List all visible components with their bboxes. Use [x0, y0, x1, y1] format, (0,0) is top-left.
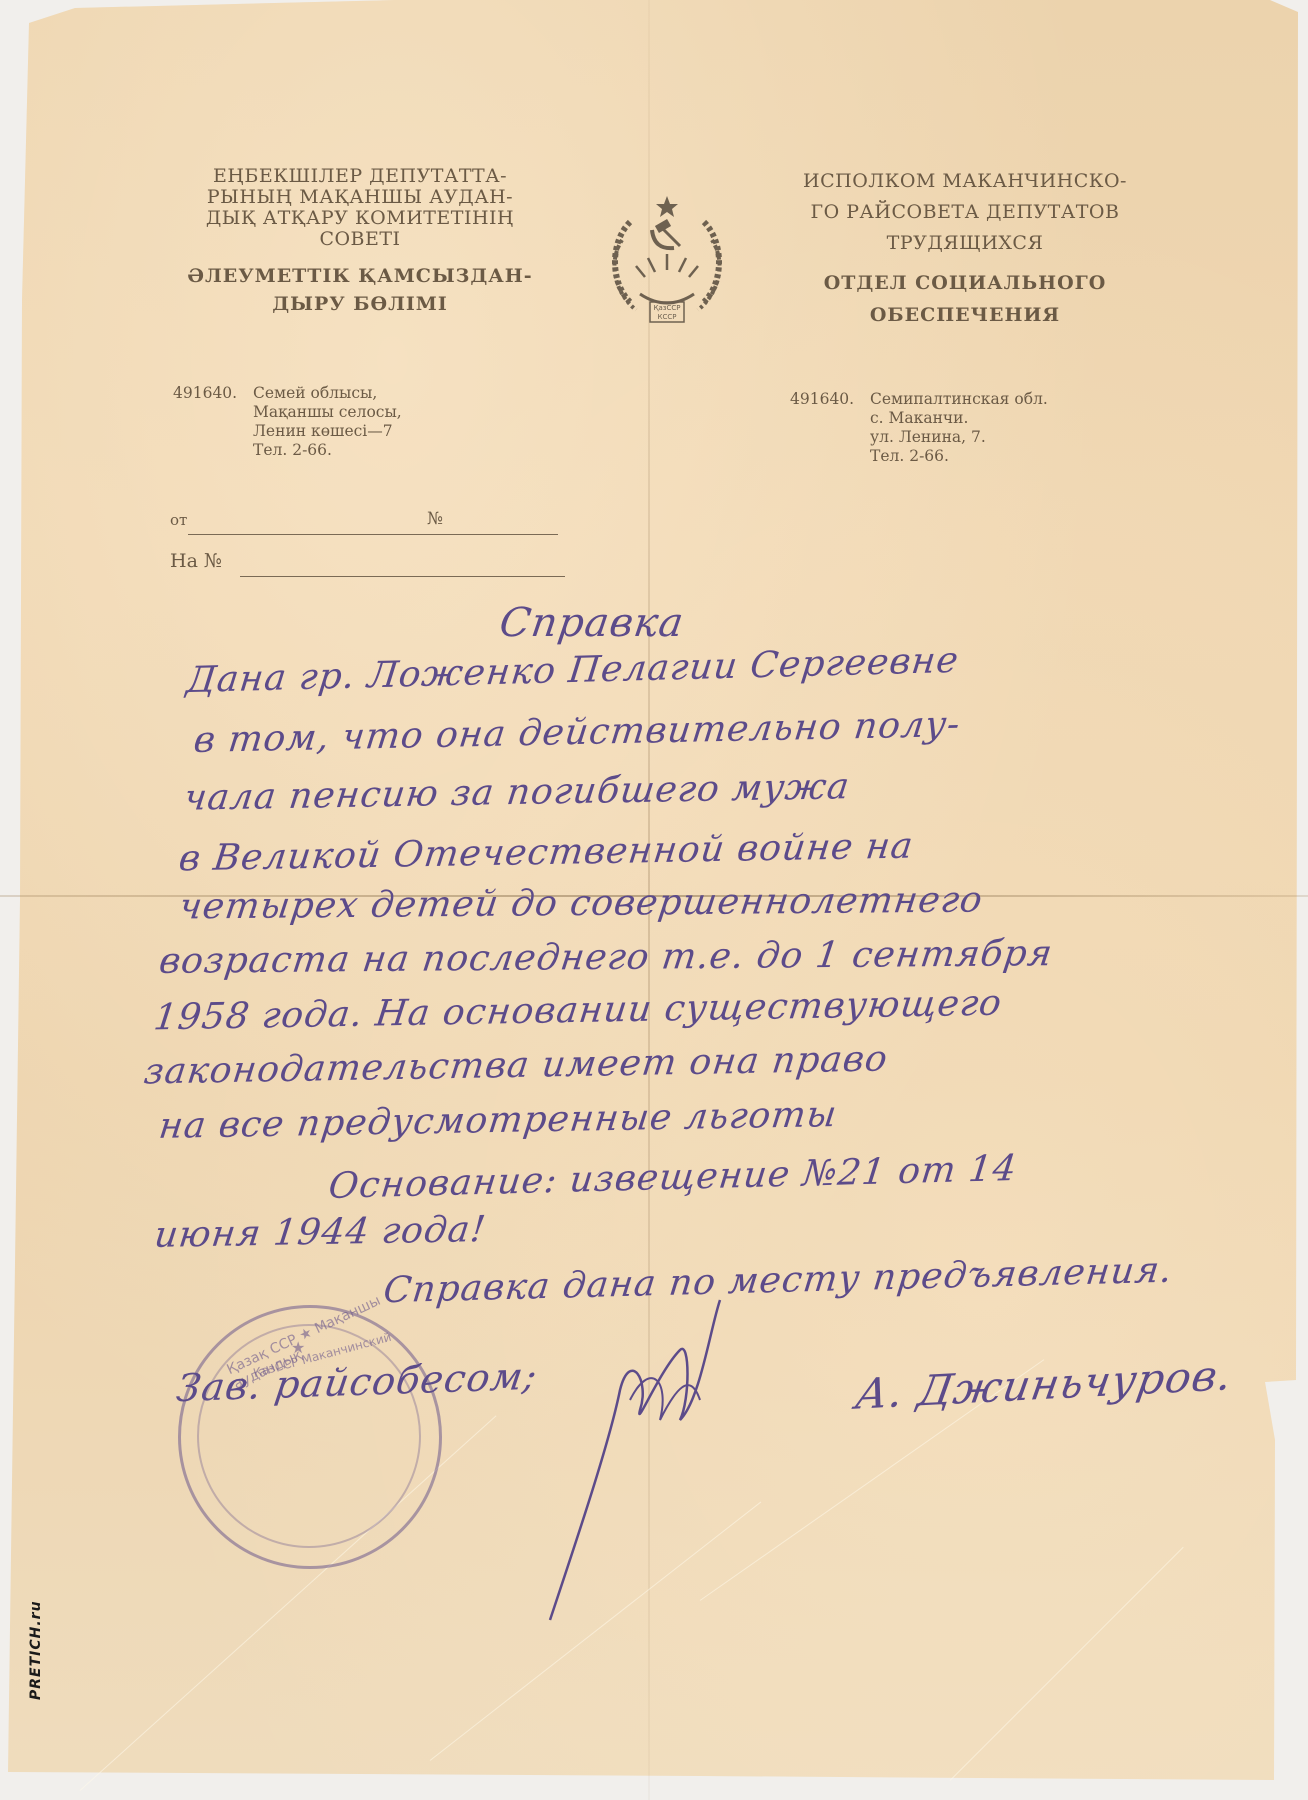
reply-number-label: На №: [170, 550, 222, 572]
address-line: Тел. 2-66.: [253, 441, 402, 460]
letterhead-right: ИСПОЛКОМ МАКАНЧИНСКО- ГО РАЙСОВЕТА ДЕПУТ…: [755, 166, 1175, 331]
letterhead-left: ЕҢБЕКШІЛЕР ДЕПУТАТТА- РЫНЫҢ МАҚАНШЫ АУДА…: [150, 166, 570, 318]
signature-scribble: [540, 1290, 760, 1630]
number-label: №: [427, 509, 443, 529]
address-russian: 491640. Семипалтинская обл. с. Маканчи. …: [790, 390, 1110, 470]
address-kazakh: 491640. Семей облысы, Мақаншы селосы, Ле…: [173, 384, 473, 464]
letterhead-right-line: ТРУДЯЩИХСЯ: [755, 228, 1175, 259]
address-line: Ленин көшесі—7: [253, 422, 402, 441]
postal-code: 491640.: [790, 390, 854, 409]
certificate-title: Справка: [497, 600, 687, 646]
letterhead-left-line: ДЫҚ АТҚАРУ КОМИТЕТІНІҢ: [150, 208, 570, 229]
from-label: от: [170, 511, 187, 529]
svg-text:ҚазССР: ҚазССР: [654, 304, 681, 312]
address-line: Тел. 2-66.: [870, 447, 1048, 466]
reply-field-line: [240, 576, 565, 577]
handwritten-line: четырех детей до совершеннолетнего: [177, 880, 986, 928]
handwritten-line: июня 1944 года!: [152, 1209, 488, 1256]
department-title-kazakh: ДЫРУ БӨЛІМІ: [150, 290, 570, 318]
letterhead-right-line: ИСПОЛКОМ МАКАНЧИНСКО-: [755, 166, 1175, 197]
department-title-russian: ОТДЕЛ СОЦИАЛЬНОГО: [755, 267, 1175, 299]
letterhead-left-line: РЫНЫҢ МАҚАНШЫ АУДАН-: [150, 187, 570, 208]
address-line: Семипалтинская обл.: [870, 390, 1048, 409]
handwritten-line: возраста на последнего т.е. до 1 сентябр…: [157, 933, 1056, 982]
letterhead-left-line: СОВЕТІ: [150, 229, 570, 250]
coat-of-arms-icon: ҚазССР КССР: [600, 182, 734, 330]
address-line: Семей облысы,: [253, 384, 402, 403]
official-stamp: Қазақ ССР ★ Мақаншы аудандық КазССР Мака…: [178, 1305, 442, 1569]
address-line: с. Маканчи.: [870, 409, 1048, 428]
site-watermark: PRETICH.ru: [28, 1600, 44, 1700]
address-line: Мақаншы селосы,: [253, 403, 402, 422]
svg-text:КССР: КССР: [658, 313, 677, 321]
stamp-star-icon: ★: [291, 1338, 305, 1357]
letterhead-left-line: ЕҢБЕКШІЛЕР ДЕПУТАТТА-: [150, 166, 570, 187]
postal-code: 491640.: [173, 384, 237, 403]
from-field-line: [188, 534, 558, 535]
letterhead-right-line: ГО РАЙСОВЕТА ДЕПУТАТОВ: [755, 197, 1175, 228]
department-title-russian: ОБЕСПЕЧЕНИЯ: [755, 299, 1175, 331]
address-line: ул. Ленина, 7.: [870, 428, 1048, 447]
department-title-kazakh: ӘЛЕУМЕТТІК ҚАМСЫЗДАН-: [150, 262, 570, 290]
